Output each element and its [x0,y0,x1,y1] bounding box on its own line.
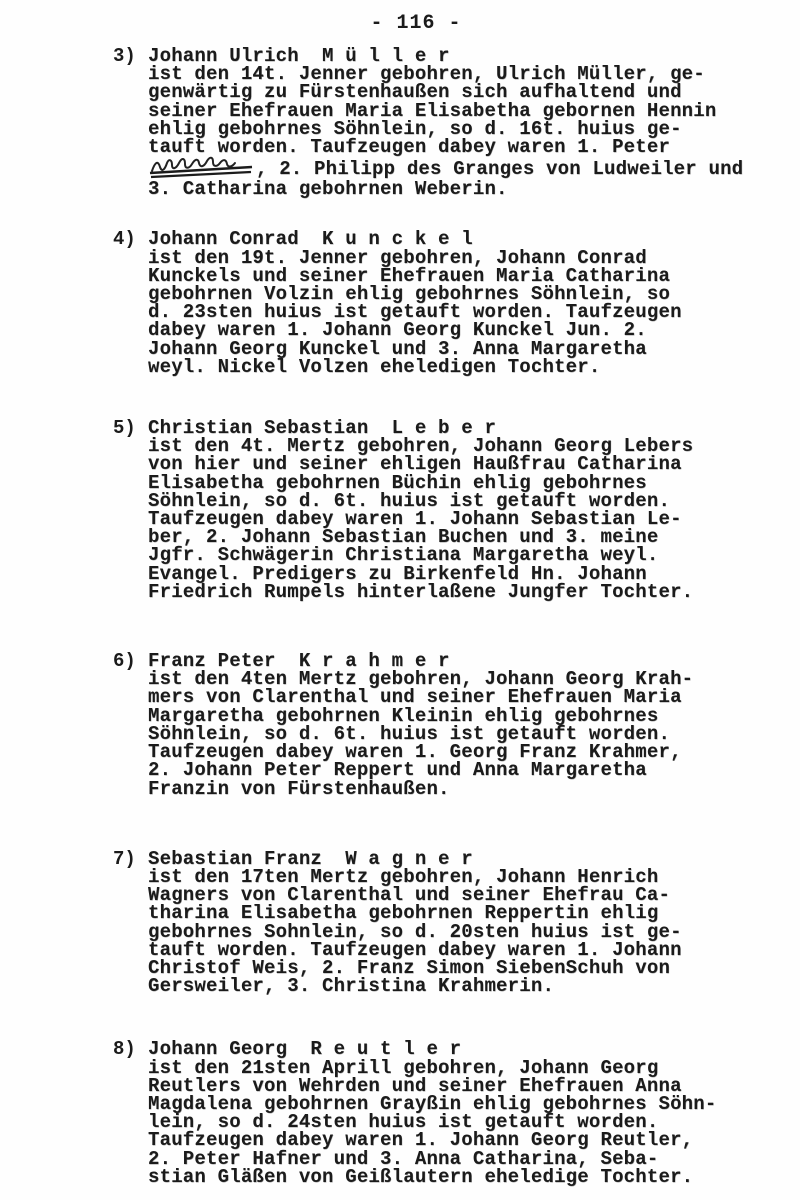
entry-number: 3) [113,47,148,65]
entry-number: 8) [113,1040,148,1058]
entry-title: Johann Conrad K u n c k e l [148,230,760,248]
entry-line: mers von Clarenthal und seiner Ehefrauen… [148,688,760,706]
entry-line-text: , 2. Philipp des Granges von Ludweiler u… [256,158,743,180]
entry-body: Franz Peter K r a h m e r ist den 4ten M… [148,652,760,798]
page-number: - 116 - [16,12,800,35]
entry-line: dabey waren 1. Johann Georg Kunckel Jun.… [148,321,760,339]
baptism-entry: 3) Johann Ulrich M ü l l e r ist den 14t… [113,47,760,198]
entry-body: Johann Conrad K u n c k e l ist den 19t.… [148,230,760,376]
entry-body: Johann Georg R e u t l e r ist den 21ste… [148,1040,760,1186]
baptism-entry: 4) Johann Conrad K u n c k e l ist den 1… [113,230,760,376]
baptism-entry: 5) Christian Sebastian L e b e r ist den… [113,419,760,601]
baptism-entries-list: 3) Johann Ulrich M ü l l e r ist den 14t… [0,47,800,1186]
entry-number: 4) [113,230,148,248]
entry-line: , 2. Philipp des Granges von Ludweiler u… [148,156,760,180]
entry-number: 7) [113,850,148,868]
entry-line: tharina Elisabetha gebohrnen Reppertin e… [148,904,760,922]
entry-line: weyl. Nickel Volzen eheledigen Tochter. [148,358,760,376]
entry-body: Christian Sebastian L e b e r ist den 4t… [148,419,760,601]
strikethrough-scribble-icon [148,156,254,180]
entry-line: tauft worden. Taufzeugen dabey waren 1. … [148,138,760,156]
baptism-entry: 6) Franz Peter K r a h m e r ist den 4te… [113,652,760,798]
entry-line: genwärtig zu Fürstenhaußen sich aufhalte… [148,83,760,101]
baptism-entry: 7) Sebastian Franz W a g n e r ist den 1… [113,850,760,996]
entry-line: gebohrnes Sohnlein, so d. 20sten huius i… [148,923,760,941]
entry-line: Gersweiler, 3. Christina Krahmerin. [148,977,760,995]
entry-line: Friedrich Rumpels hinterlaßene Jungfer T… [148,583,760,601]
entry-number: 6) [113,652,148,670]
entry-body: Johann Ulrich M ü l l e r ist den 14t. J… [148,47,760,198]
entry-line: ist den 21sten Aprill gebohren, Johann G… [148,1059,760,1077]
entry-line: Taufzeugen dabey waren 1. Johann Georg R… [148,1131,760,1149]
entry-line: Franzin von Fürstenhaußen. [148,780,760,798]
entry-line: von hier und seiner ehligen Haußfrau Cat… [148,455,760,473]
entry-title: Johann Georg R e u t l e r [148,1040,760,1058]
entry-line: 2. Johann Peter Reppert und Anna Margare… [148,761,760,779]
baptism-entry: 8) Johann Georg R e u t l e r ist den 21… [113,1040,760,1186]
entry-line: 3. Catharina gebohrnen Weberin. [148,180,760,198]
entry-line: stian Gläßen von Geißlautern eheledige T… [148,1168,760,1186]
scanned-document-page: - 116 - 3) Johann Ulrich M ü l l e r ist… [0,0,800,1200]
entry-number: 5) [113,419,148,437]
entry-body: Sebastian Franz W a g n e r ist den 17te… [148,850,760,996]
entry-line: Jgfr. Schwägerin Christiana Margaretha w… [148,546,760,564]
